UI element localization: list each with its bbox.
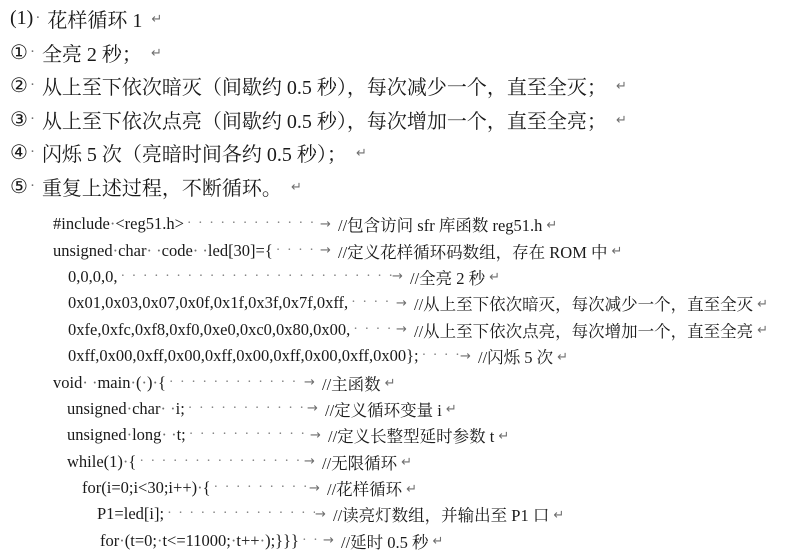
list-item-text: 闪烁 5 次（亮暗时间各约 0.5 秒）；: [42, 138, 347, 167]
space-mark: ·: [35, 10, 40, 27]
code-comment: //花样循环: [327, 476, 402, 500]
code-text: 0x01,0x03,0x07,0x0f,0x1f,0x3f,0x7f,0xff,: [68, 293, 348, 313]
return-mark: ↵: [446, 402, 457, 417]
code-line-left: 0x01,0x03,0x07,0x0f,0x1f,0x3f,0x7f,0xff,…: [68, 293, 396, 313]
space-marks-leader: ········································…: [422, 348, 460, 364]
return-mark: ↵: [757, 323, 768, 338]
code-text: while(1)·{: [67, 452, 136, 472]
code-line: for(i=0;i<30;i++)·{·····················…: [10, 475, 807, 501]
space-mark: ·: [147, 241, 153, 260]
code-line: 0x01,0x03,0x07,0x0f,0x1f,0x3f,0x7f,0xff,…: [10, 290, 807, 316]
code-comment: //读亮灯数组，并输出至 P1 口: [333, 502, 549, 526]
code-line-left: P1=led[i];······························…: [97, 504, 315, 524]
code-text: unsigned·char· ·i;: [67, 399, 185, 419]
code-text: P1=led[i];: [97, 504, 164, 524]
return-mark: ↵: [433, 534, 444, 549]
return-mark: ↵: [356, 146, 367, 161]
return-mark: ↵: [616, 79, 627, 94]
space-mark: ·: [30, 178, 35, 195]
space-mark: ·: [202, 241, 208, 260]
space-marks-leader: ········································…: [187, 216, 320, 232]
return-mark: ↵: [401, 455, 412, 470]
space-marks-leader: ········································…: [139, 454, 304, 470]
return-mark: ↵: [151, 12, 162, 27]
space-mark: ·: [92, 373, 98, 392]
space-mark: ·: [82, 373, 88, 392]
space-marks-leader: ········································…: [214, 480, 309, 496]
return-mark: ↵: [557, 350, 568, 365]
code-text: 0xff,0x00,0xff,0x00,0xff,0x00,0xff,0x00,…: [68, 346, 419, 366]
list-item-number: ⑤: [10, 174, 28, 199]
code-text: #include·<reg51.h>: [53, 214, 184, 234]
space-mark: ·: [152, 373, 158, 392]
space-marks-leader: ········································…: [189, 427, 310, 443]
list-item-text: 全亮 2 秒；: [42, 38, 142, 67]
return-mark: ↵: [406, 482, 417, 497]
tab-mark: →: [307, 401, 325, 416]
tab-mark: →: [323, 533, 341, 548]
return-mark: ↵: [546, 218, 557, 233]
space-mark: ·: [260, 531, 266, 550]
code-line: unsigned·long· ·t;······················…: [10, 422, 807, 448]
code-line: P1=led[i];······························…: [10, 501, 807, 527]
tab-mark: →: [320, 217, 338, 232]
list-item: (1)·花样循环 1↵: [10, 2, 807, 36]
space-marks-leader: ········································…: [169, 375, 304, 391]
code-line: 0xfe,0xfc,0xf8,0xf0,0xe0,0xc0,0x80,0x00,…: [10, 317, 807, 343]
code-line-left: 0xff,0x00,0xff,0x00,0xff,0x00,0xff,0x00,…: [68, 346, 460, 366]
return-mark: ↵: [385, 376, 396, 391]
code-text: unsigned·long· ·t;: [67, 425, 186, 445]
code-text: 0,0,0,0,: [68, 267, 118, 287]
space-mark: ·: [231, 531, 237, 550]
space-mark: ·: [127, 425, 133, 444]
return-mark: ↵: [757, 297, 768, 312]
document-page: { "colors": { "background": "#ffffff", "…: [0, 0, 807, 553]
space-mark: ·: [113, 241, 119, 260]
code-line: unsigned·char· ·i;······················…: [10, 396, 807, 422]
list-item-text: 从上至下依次点亮（间歇约 0.5 秒），每次增加一个，直至全亮；: [42, 105, 607, 134]
code-line: 0xff,0x00,0xff,0x00,0xff,0x00,0xff,0x00,…: [10, 343, 807, 369]
code-text: 0xfe,0xfc,0xf8,0xf0,0xe0,0xc0,0x80,0x00,: [68, 320, 350, 340]
space-marks-leader: ········································…: [302, 533, 323, 549]
space-mark: ·: [197, 478, 203, 497]
code-line: while(1)·{······························…: [10, 449, 807, 475]
space-mark: ·: [141, 373, 147, 392]
code-line: void· ·main·(·)·{·······················…: [10, 369, 807, 395]
space-mark: ·: [193, 241, 199, 260]
list-item: ⑤·重复上述过程，不断循环。↵: [10, 170, 807, 204]
list-item-text: 花样循环 1: [47, 4, 142, 33]
code-comment: //定义循环变量 i: [325, 397, 442, 421]
return-mark: ↵: [151, 46, 162, 61]
space-mark: ·: [161, 399, 167, 418]
space-mark: ·: [127, 399, 133, 418]
tab-mark: →: [396, 322, 414, 337]
list-item: ①·全亮 2 秒；↵: [10, 36, 807, 70]
list-item: ②·从上至下依次暗灭（间歇约 0.5 秒），每次减少一个，直至全灭；↵: [10, 69, 807, 103]
code-line-left: void· ·main·(·)·{·······················…: [53, 373, 304, 393]
code-comment: //从上至下依次暗灭，每次减少一个，直至全灭: [414, 291, 753, 315]
tab-mark: →: [392, 269, 410, 284]
code-line-left: unsigned·char· ·code· ·led[30]={········…: [53, 241, 320, 261]
code-comment: //定义长整型延时参数 t: [328, 423, 494, 447]
code-line-left: while(1)·{······························…: [67, 452, 304, 472]
document: (1)·花样循环 1↵①·全亮 2 秒；↵②·从上至下依次暗灭（间歇约 0.5 …: [0, 0, 807, 553]
code-line: unsigned·char· ·code· ·led[30]={········…: [10, 237, 807, 263]
tab-mark: →: [304, 375, 322, 390]
code-text: for(i=0;i<30;i++)·{: [82, 478, 211, 498]
space-marks-leader: ········································…: [353, 322, 396, 338]
code-comment: //延时 0.5 秒: [341, 529, 429, 553]
space-mark: ·: [171, 425, 177, 444]
list-item-number: ④: [10, 140, 28, 165]
code-comment: //主函数: [322, 371, 381, 395]
numbered-list: (1)·花样循环 1↵①·全亮 2 秒；↵②·从上至下依次暗灭（间歇约 0.5 …: [10, 2, 807, 203]
return-mark: ↵: [616, 113, 627, 128]
tab-mark: →: [315, 507, 333, 522]
code-comment: //全亮 2 秒: [410, 265, 485, 289]
code-comment: //从上至下依次点亮，每次增加一个，直至全亮: [414, 318, 753, 342]
tab-mark: →: [309, 481, 327, 496]
space-mark: ·: [123, 452, 129, 471]
tab-mark: →: [396, 296, 414, 311]
space-mark: ·: [161, 425, 167, 444]
space-marks-leader: ········································…: [351, 295, 396, 311]
return-mark: ↵: [489, 270, 500, 285]
list-item: ④·闪烁 5 次（亮暗时间各约 0.5 秒）；↵: [10, 136, 807, 170]
list-item-text: 重复上述过程，不断循环。: [42, 172, 282, 201]
space-mark: ·: [110, 214, 116, 233]
space-marks-leader: ········································…: [121, 269, 393, 285]
space-mark: ·: [119, 531, 125, 550]
code-listing: #include·<reg51.h>······················…: [10, 211, 807, 553]
code-comment: //定义花样循环码数组，存在 ROM 中: [338, 239, 608, 263]
list-item-number: (1): [10, 7, 33, 30]
code-line-left: 0xfe,0xfc,0xf8,0xf0,0xe0,0xc0,0x80,0x00,…: [68, 320, 396, 340]
tab-mark: →: [304, 454, 322, 469]
code-line-left: #include·<reg51.h>······················…: [53, 214, 320, 234]
code-line-left: 0,0,0,0,································…: [68, 267, 392, 287]
tab-mark: →: [460, 349, 478, 364]
code-comment: //闪烁 5 次: [478, 344, 553, 368]
list-item-text: 从上至下依次暗灭（间歇约 0.5 秒），每次减少一个，直至全灭；: [42, 71, 607, 100]
space-mark: ·: [30, 144, 35, 161]
tab-mark: →: [310, 428, 328, 443]
list-item-number: ③: [10, 107, 28, 132]
code-line: #include·<reg51.h>······················…: [10, 211, 807, 237]
code-line: 0,0,0,0,································…: [10, 264, 807, 290]
space-marks-leader: ········································…: [188, 401, 307, 417]
code-line-left: for(i=0;i<30;i++)·{·····················…: [82, 478, 309, 498]
space-mark: ·: [30, 111, 35, 128]
return-mark: ↵: [553, 508, 564, 523]
code-comment: //无限循环: [322, 450, 397, 474]
list-item-number: ②: [10, 73, 28, 98]
code-text: void· ·main·(·)·{: [53, 373, 166, 393]
code-comment: //包含访问 sfr 库函数 reg51.h: [338, 212, 542, 236]
list-item-number: ①: [10, 40, 28, 65]
space-mark: ·: [30, 44, 35, 61]
return-mark: ↵: [612, 244, 623, 259]
space-mark: ·: [170, 399, 176, 418]
tab-mark: →: [320, 243, 338, 258]
list-item: ③·从上至下依次点亮（间歇约 0.5 秒），每次增加一个，直至全亮；↵: [10, 103, 807, 137]
code-line-left: unsigned·long· ·t;······················…: [67, 425, 310, 445]
space-mark: ·: [157, 531, 163, 550]
space-marks-leader: ········································…: [276, 243, 320, 259]
return-mark: ↵: [498, 429, 509, 444]
space-mark: ·: [156, 241, 162, 260]
code-line-left: unsigned·char· ·i;······················…: [67, 399, 307, 419]
space-mark: ·: [130, 373, 136, 392]
code-text: unsigned·char· ·code· ·led[30]={: [53, 241, 273, 261]
space-mark: ·: [30, 77, 35, 94]
code-line-left: for·(t=0;·t<=11000;·t++·);}}}···········…: [100, 531, 323, 551]
code-line: for·(t=0;·t<=11000;·t++·);}}}···········…: [10, 528, 807, 553]
return-mark: ↵: [291, 180, 302, 195]
space-marks-leader: ········································…: [167, 506, 315, 522]
code-text: for·(t=0;·t<=11000;·t++·);}}}: [100, 531, 299, 551]
